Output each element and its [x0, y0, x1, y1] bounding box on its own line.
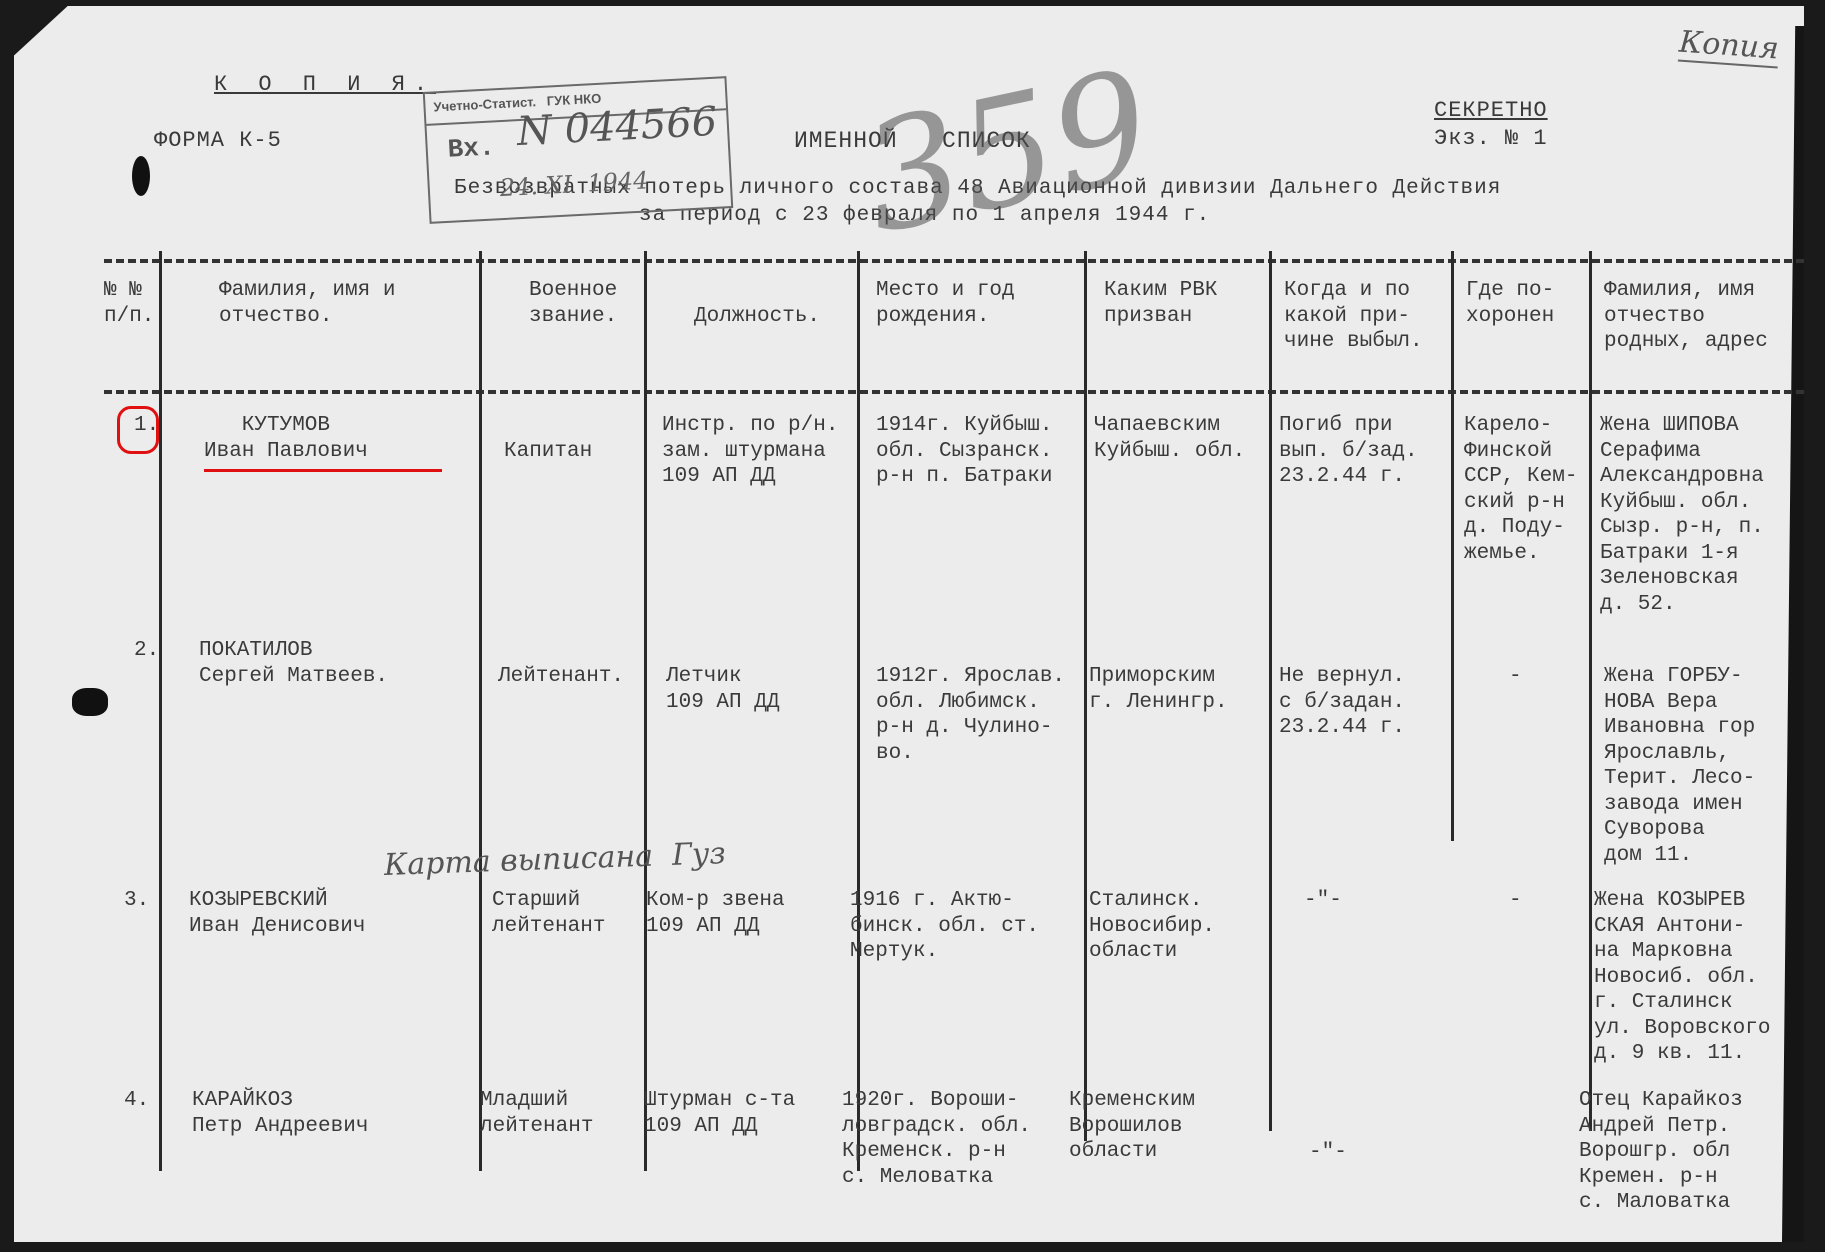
col-header-reason: Когда и по какой при- чине выбыл.: [1284, 278, 1423, 355]
column-divider: [1451, 251, 1454, 841]
row-reason: -"-: [1304, 888, 1342, 914]
document-page: К О П И Я. ФОРМА К-5 ИМЕННОЙ СПИСОК Безв…: [14, 6, 1804, 1242]
row-rvk: Сталинск. Новосибир. области: [1089, 888, 1215, 965]
column-divider: [1084, 251, 1087, 1141]
col-header-rvk: Каким РВК призван: [1104, 278, 1217, 329]
column-divider: [1589, 251, 1592, 1131]
col-header-rank: Военное звание.: [529, 278, 617, 329]
column-divider: [857, 251, 860, 1171]
row-position: Инстр. по р/н. зам. штурмана 109 АП ДД: [662, 413, 838, 490]
row-position: Летчик 109 АП ДД: [666, 664, 779, 715]
handwritten-copy-note: Копия: [1678, 25, 1780, 69]
red-underline-annotation: [204, 469, 442, 472]
stamp-vh-label: Вх.: [447, 132, 495, 164]
stamp-number: N 044566: [516, 99, 719, 155]
row-rank: Младший лейтенант: [480, 1088, 593, 1139]
col-header-position: Должность.: [694, 304, 820, 330]
copy-number: Экз. № 1: [1434, 126, 1548, 152]
form-label: ФОРМА К-5: [154, 128, 282, 154]
row-number: 3.: [124, 888, 149, 914]
ink-blot: [132, 156, 150, 196]
row-name: КУТУМОВ Иван Павлович: [204, 413, 368, 464]
row-birth: 1912г. Ярослав. обл. Любимск. р-н д. Чул…: [876, 664, 1065, 766]
row-birth: 1916 г. Актю- бинск. обл. ст. Мертук.: [850, 888, 1039, 965]
row-rank: Старший лейтенант: [492, 888, 605, 939]
row-relatives: Отец Карайкоз Андрей Петр. Ворошгр. обл …: [1579, 1088, 1743, 1216]
row-position: Ком-р звена 109 АП ДД: [646, 888, 785, 939]
row-name: КОЗЫРЕВСКИЙ Иван Денисович: [189, 888, 365, 939]
column-divider: [1269, 251, 1272, 1131]
col-header-number: № № п/п.: [104, 278, 154, 329]
row-position: Штурман с-та 109 АП ДД: [644, 1088, 795, 1139]
table-top-rule: [104, 259, 1804, 263]
row-birth: 1914г. Куйбыш. обл. Сызранск. р-н п. Бат…: [876, 413, 1052, 490]
handwritten-number: 359: [849, 38, 1165, 268]
row-rvk: Кременским Ворошилов области: [1069, 1088, 1195, 1165]
column-divider: [644, 251, 647, 1171]
row-reason: Не вернул. с б/задан. 23.2.44 г.: [1279, 664, 1405, 741]
handwritten-card-note: Карта выписана Гуз: [383, 836, 726, 883]
col-header-birth: Место и год рождения.: [876, 278, 1015, 329]
registration-stamp: Учетно-Статист. ГУК НКО Вх. N 044566 24.…: [423, 76, 733, 224]
row-number: 4.: [124, 1088, 149, 1114]
ink-blot: [72, 688, 108, 716]
stamp-date: 24. XI 1944: [499, 166, 649, 202]
row-number: 2.: [134, 638, 159, 664]
row-rank: Капитан: [504, 439, 592, 465]
row-buried: Карело- Финской ССР, Кем- ский р-н д. По…: [1464, 413, 1577, 566]
table-header-rule: [104, 390, 1804, 394]
row-relatives: Жена ГОРБУ- НОВА Вера Ивановна гор Яросл…: [1604, 664, 1755, 868]
col-header-name: Фамилия, имя и отчество.: [219, 278, 395, 329]
col-header-buried: Где по- хоронен: [1466, 278, 1554, 329]
row-rvk: Чапаевским Куйбыш. обл.: [1094, 413, 1245, 464]
copy-label: К О П И Я.: [214, 72, 436, 98]
row-relatives: Жена КОЗЫРЕВ СКАЯ Антони- на Марковна Но…: [1594, 888, 1770, 1067]
row-rvk: Приморским г. Ленингр.: [1089, 664, 1228, 715]
row-buried: -: [1509, 664, 1522, 690]
row-reason: -"-: [1309, 1140, 1347, 1166]
row-relatives: Жена ШИПОВА Серафима Александровна Куйбы…: [1600, 413, 1764, 617]
red-circle-annotation: [117, 406, 159, 454]
column-divider: [159, 251, 162, 1171]
row-reason: Погиб при вып. б/зад. 23.2.44 г.: [1279, 413, 1418, 490]
col-header-relatives: Фамилия, имя отчество родных, адрес: [1604, 278, 1768, 355]
column-divider: [479, 251, 482, 1171]
row-name: ПОКАТИЛОВ Сергей Матвеев.: [199, 638, 388, 689]
row-birth: 1920г. Вороши- ловградск. обл. Кременск.…: [842, 1088, 1031, 1190]
row-rank: Лейтенант.: [498, 664, 624, 690]
row-buried: -: [1509, 888, 1522, 914]
secrecy-label: СЕКРЕТНО: [1434, 98, 1548, 124]
row-name: КАРАЙКОЗ Петр Андреевич: [192, 1088, 368, 1139]
